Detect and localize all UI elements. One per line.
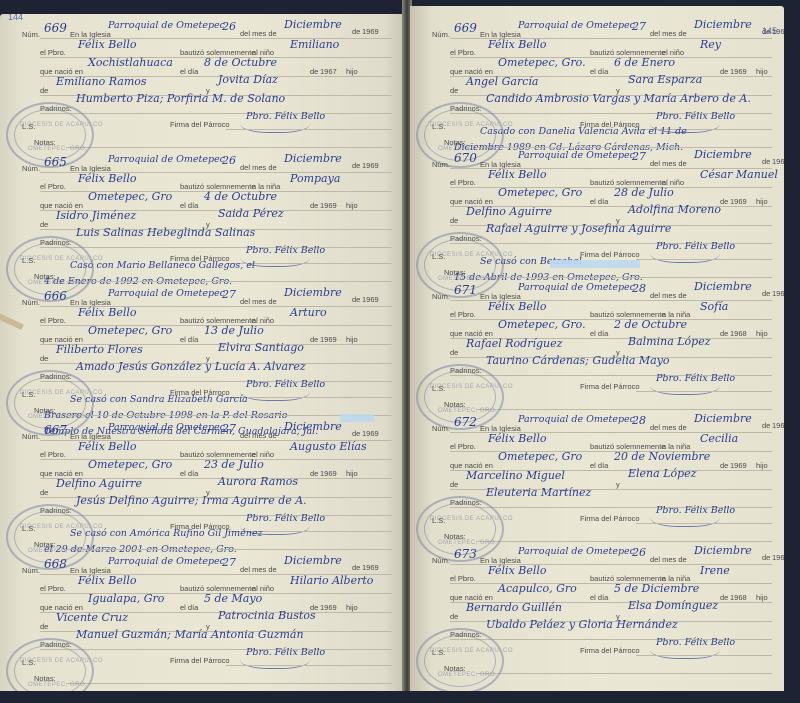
baptism-year: 1969 (772, 289, 784, 298)
birth-day-label: el día (180, 335, 198, 344)
parents-label: de (40, 622, 48, 631)
father-name: Rafael Rodríguez (466, 337, 562, 350)
num-label: Núm. (22, 30, 40, 39)
godparents: Manuel Guzmán; María Antonia Guzmán (76, 628, 304, 641)
signature-label: Firma del Párroco (580, 514, 640, 523)
child-of-label: hijo (346, 603, 358, 612)
birth-year-label: de (310, 201, 318, 210)
child-name: Arturo (290, 306, 327, 319)
child-of-label: hijo (756, 461, 768, 470)
birth-date: 5 de Mayo (204, 592, 262, 605)
birth-date: 8 de Octubre (204, 56, 277, 69)
parents-label: de (450, 348, 458, 357)
num-label: Núm. (432, 424, 450, 433)
parents-label: de (40, 86, 48, 95)
birth-year: 1969 (320, 201, 337, 210)
birthplace: Ometepec, Gro (498, 186, 582, 199)
entry-number: 666 (44, 289, 67, 303)
entry-number: 669 (44, 21, 67, 35)
parish-stamp: DIOCESIS DE ACAPULCO OMETEPEC, GRO. (6, 638, 94, 694)
num-label: Núm. (432, 160, 450, 169)
parents-label: de (450, 216, 458, 225)
rule-line (476, 541, 772, 542)
child-name: César Manuel (700, 168, 778, 181)
birth-day-label: el día (590, 593, 608, 602)
year-label: de (352, 563, 360, 572)
priest-name: Félix Bello (488, 564, 547, 577)
month-label: del mes de (650, 423, 687, 432)
baptism-month: Diciembre (694, 18, 752, 31)
godparents: Amado Jesús González y Lucía A. Alvarez (76, 360, 306, 373)
month-label: del mes de (650, 29, 687, 38)
priest-name: Félix Bello (488, 300, 547, 313)
child-name: Emiliano (290, 38, 339, 51)
year-label: de (352, 295, 360, 304)
baptism-day: 27 (222, 556, 236, 569)
rule-line (226, 129, 392, 130)
birth-day-label: el día (590, 67, 608, 76)
num-label: Núm. (22, 432, 40, 441)
entry-number: 668 (44, 557, 67, 571)
rule-line (636, 259, 772, 260)
num-label: Núm. (22, 298, 40, 307)
signature-label: Firma del Párroco (170, 656, 230, 665)
church-name: Parroquial de Ometepec (108, 556, 225, 567)
birth-date: 13 de Julio (204, 324, 264, 337)
church-name: Parroquial de Ometepec (108, 422, 225, 433)
year-label: de (352, 161, 360, 170)
baptism-day: 26 (632, 546, 646, 559)
priest-label: el Pbro. (40, 450, 66, 459)
mother-name: Patrocinia Bustos (218, 609, 316, 622)
baptism-month: Diciembre (694, 544, 752, 557)
month-label: del mes de (650, 159, 687, 168)
baptism-year: 1969 (772, 27, 784, 36)
priest-label: el Pbro. (450, 310, 476, 319)
child-name: Cecilia (700, 432, 738, 445)
church-name: Parroquial de Ometepec (108, 20, 225, 31)
book-background-bottom (0, 691, 800, 703)
priest-label: el Pbro. (40, 316, 66, 325)
father-name: Angel García (466, 75, 538, 88)
signature-label: Firma del Párroco (580, 250, 640, 259)
godparents: Eleuteria Martínez (486, 486, 591, 499)
baptism-month: Diciembre (284, 420, 342, 433)
birth-date: 28 de Julio (614, 186, 674, 199)
godparents: Candido Ambrosio Vargas y María Arbero d… (486, 92, 751, 105)
rule-line (40, 113, 392, 114)
birthplace: Ometepec, Gro (498, 450, 582, 463)
godparents: Jesús Delfino Aguirre; Irma Aguirre de A… (76, 494, 307, 507)
year-label: de (352, 27, 360, 36)
baptism-year: 1969 (772, 553, 784, 562)
father-name: Bernardo Guillén (466, 601, 562, 614)
baptism-month: Diciembre (694, 412, 752, 425)
child-name: Hilario Alberto (290, 574, 373, 587)
parents-label: de (40, 220, 48, 229)
baptism-day: 27 (632, 150, 646, 163)
birthplace: Ometepec, Gro (88, 190, 172, 203)
rule-line (636, 391, 772, 392)
month-label: del mes de (240, 297, 277, 306)
godparents: Ubaldo Peláez y Gloria Hernández (486, 618, 678, 631)
godparents: Luis Salinas Hebeglinda Salinas (76, 226, 255, 239)
child-of-label: hijo (756, 197, 768, 206)
baptism-month: Diciembre (284, 18, 342, 31)
birthplace: Acapulco, Gro (498, 582, 577, 595)
birth-date: 2 de Octubre (614, 318, 687, 331)
birth-year: 1969 (730, 197, 747, 206)
rule-line (476, 409, 772, 410)
rule-line (636, 655, 772, 656)
baptism-year: 1969 (362, 161, 379, 170)
birth-year: 1969 (730, 461, 747, 470)
priest-name: Félix Bello (78, 440, 137, 453)
redacted-text (550, 260, 640, 268)
birth-year: 1969 (730, 67, 747, 76)
signature-label: Firma del Párroco (580, 382, 640, 391)
rule-line (636, 523, 772, 524)
entry-number: 673 (454, 547, 477, 561)
signature-label: Firma del Párroco (580, 646, 640, 655)
baptism-year: 1969 (362, 563, 379, 572)
rule-line (66, 549, 392, 550)
birth-date: 5 de Diciembre (614, 582, 699, 595)
baptism-year: 1969 (362, 27, 379, 36)
baptism-year: 1969 (772, 421, 784, 430)
godparents: Humberto Piza; Porfiria M. de Solano (76, 92, 285, 105)
mother-name: Elena López (628, 467, 696, 480)
child-of-label: hijo (346, 201, 358, 210)
month-label: del mes de (240, 29, 277, 38)
baptism-year: 1969 (362, 429, 379, 438)
mother-name: Balmina López (628, 335, 711, 348)
year-label: de (762, 421, 770, 430)
mother-name: Saida Pérez (218, 207, 284, 220)
baptism-month: Diciembre (694, 280, 752, 293)
birth-year: 1968 (730, 593, 747, 602)
mother-name: Jovita Díaz (218, 73, 278, 86)
num-label: Núm. (22, 566, 40, 575)
birth-year: 1968 (730, 329, 747, 338)
birthplace: Ometepec, Gro (88, 324, 172, 337)
rule-line (476, 277, 772, 278)
church-name: Parroquial de Ometepec (518, 414, 635, 425)
birth-year-label: de (720, 461, 728, 470)
birthplace: Ometepec, Gro. (498, 318, 586, 331)
entry-number: 670 (454, 151, 477, 165)
mother-name: Sara Esparza (628, 73, 702, 86)
birthplace: Igualapa, Gro (88, 592, 164, 605)
redacted-text (340, 414, 374, 422)
rule-line (40, 515, 392, 516)
priest-name: Félix Bello (78, 38, 137, 51)
parents-label: de (40, 354, 48, 363)
priest-name: Félix Bello (78, 574, 137, 587)
num-label: Núm. (22, 164, 40, 173)
month-label: del mes de (650, 291, 687, 300)
num-label: Núm. (432, 556, 450, 565)
father-name: Vicente Cruz (56, 611, 128, 624)
baptism-day: 26 (222, 20, 236, 33)
entry-number: 671 (454, 283, 477, 297)
year-label: de (762, 289, 770, 298)
and-label: y (616, 480, 620, 489)
parish-stamp: DIOCESIS DE ACAPULCO OMETEPEC, GRO. (416, 628, 504, 692)
godparents: Taurino Cárdenas; Gudelia Mayo (486, 354, 670, 367)
father-name: Delfino Aguirre (466, 205, 552, 218)
entry-number: 672 (454, 415, 477, 429)
birthplace: Ometepec, Gro (88, 458, 172, 471)
birth-year: 1969 (320, 603, 337, 612)
birth-day-label: el día (590, 461, 608, 470)
priest-name: Félix Bello (488, 432, 547, 445)
year-label: de (762, 27, 770, 36)
birth-date: 4 de Octubre (204, 190, 277, 203)
year-label: de (352, 429, 360, 438)
left-page: 144 Núm. 669 En la Iglesia Parroquial de… (0, 14, 404, 694)
priest-label: el Pbro. (40, 182, 66, 191)
church-name: Parroquial de Ometepec (108, 154, 225, 165)
entry-number: 667 (44, 423, 67, 437)
parents-label: de (40, 488, 48, 497)
rule-line (226, 665, 392, 666)
birth-day-label: el día (590, 329, 608, 338)
priest-name: Félix Bello (488, 168, 547, 181)
parents-label: de (450, 86, 458, 95)
church-name: Parroquial de Ometepec (518, 150, 635, 161)
birth-year: 1969 (320, 335, 337, 344)
child-of-label: hijo (346, 335, 358, 344)
church-name: Parroquial de Ometepec (518, 546, 635, 557)
priest-label: el Pbro. (450, 178, 476, 187)
birth-year-label: de (720, 329, 728, 338)
baptism-month: Diciembre (284, 554, 342, 567)
birth-year-label: de (720, 197, 728, 206)
baptism-day: 27 (632, 20, 646, 33)
birth-year-label: de (310, 469, 318, 478)
month-label: del mes de (240, 565, 277, 574)
mother-name: Elvira Santiago (218, 341, 304, 354)
birth-year-label: de (720, 593, 728, 602)
priest-label: el Pbro. (450, 574, 476, 583)
child-of-label: hijo (756, 593, 768, 602)
father-name: Marcelino Miguel (466, 469, 565, 482)
child-of-label: hijo (346, 469, 358, 478)
rule-line (66, 683, 392, 684)
baptism-day: 27 (222, 422, 236, 435)
priest-name: Félix Bello (488, 38, 547, 51)
rule-line (40, 247, 392, 248)
baptism-day: 26 (222, 154, 236, 167)
birth-day-label: el día (180, 201, 198, 210)
church-name: Parroquial de Ometepec (518, 20, 635, 31)
month-label: del mes de (240, 163, 277, 172)
church-name: Parroquial de Ometepec (108, 288, 225, 299)
godparents: Rafael Aguirre y Josefina Aguirre (486, 222, 671, 235)
baptism-day: 28 (632, 282, 646, 295)
priest-label: el Pbro. (40, 48, 66, 57)
father-name: Isidro Jiménez (56, 209, 136, 222)
child-of-label: hijo (346, 67, 358, 76)
signature-label: Firma del Párroco (170, 120, 230, 129)
rule-line (226, 397, 392, 398)
baptism-day: 28 (632, 414, 646, 427)
birth-day-label: el día (180, 469, 198, 478)
priest-label: el Pbro. (450, 442, 476, 451)
parents-label: de (450, 480, 458, 489)
priest-label: el Pbro. (40, 584, 66, 593)
birth-date: 23 de Julio (204, 458, 264, 471)
father-name: Delfino Aguirre (56, 477, 142, 490)
parents-label: de (450, 612, 458, 621)
left-page-number: 144 (8, 14, 23, 22)
birth-day-label: el día (180, 67, 198, 76)
num-label: Núm. (432, 292, 450, 301)
year-label: de (762, 157, 770, 166)
birth-year-label: de (720, 67, 728, 76)
right-page: 145 Núm. 669 En la Iglesia Parroquial de… (410, 6, 784, 692)
child-name: Sofía (700, 300, 728, 313)
birthplace: Ometepec, Gro. (498, 56, 586, 69)
rule-line (66, 281, 392, 282)
num-label: Núm. (432, 30, 450, 39)
month-label: del mes de (240, 431, 277, 440)
year-label: de (762, 553, 770, 562)
month-label: del mes de (650, 555, 687, 564)
birthplace: Xochistlahuaca (88, 56, 173, 69)
child-name: Irene (700, 564, 730, 577)
baptism-year: 1969 (362, 295, 379, 304)
baptism-year: 1969 (772, 157, 784, 166)
father-name: Emiliano Ramos (56, 75, 147, 88)
baptism-month: Diciembre (284, 152, 342, 165)
mother-name: Elsa Domínguez (628, 599, 718, 612)
birth-year-label: de (310, 67, 318, 76)
priest-name: Félix Bello (78, 306, 137, 319)
church-name: Parroquial de Ometepec (518, 282, 635, 293)
baptism-month: Diciembre (284, 286, 342, 299)
birth-year: 1969 (320, 469, 337, 478)
mother-name: Aurora Ramos (218, 475, 298, 488)
rule-line (40, 649, 392, 650)
rule-line (66, 147, 392, 148)
child-of-label: hijo (756, 329, 768, 338)
rule-line (40, 381, 392, 382)
child-name: Rey (700, 38, 721, 51)
birth-year-label: de (310, 335, 318, 344)
rule-line (476, 673, 772, 674)
priest-label: el Pbro. (450, 48, 476, 57)
baptism-month: Diciembre (694, 148, 752, 161)
mother-name: Adolfina Moreno (628, 203, 721, 216)
birth-date: 20 de Noviembre (614, 450, 710, 463)
birth-day-label: el día (180, 603, 198, 612)
birth-date: 6 de Enero (614, 56, 675, 69)
birth-day-label: el día (590, 197, 608, 206)
child-name: Augusto Elías (290, 440, 367, 453)
baptism-day: 27 (222, 288, 236, 301)
child-name: Pompaya (290, 172, 340, 185)
entry-number: 669 (454, 21, 477, 35)
entry-number: 665 (44, 155, 67, 169)
priest-name: Félix Bello (78, 172, 137, 185)
father-name: Filiberto Flores (56, 343, 143, 356)
child-of-label: hijo (756, 67, 768, 76)
birth-year: 1967 (320, 67, 337, 76)
